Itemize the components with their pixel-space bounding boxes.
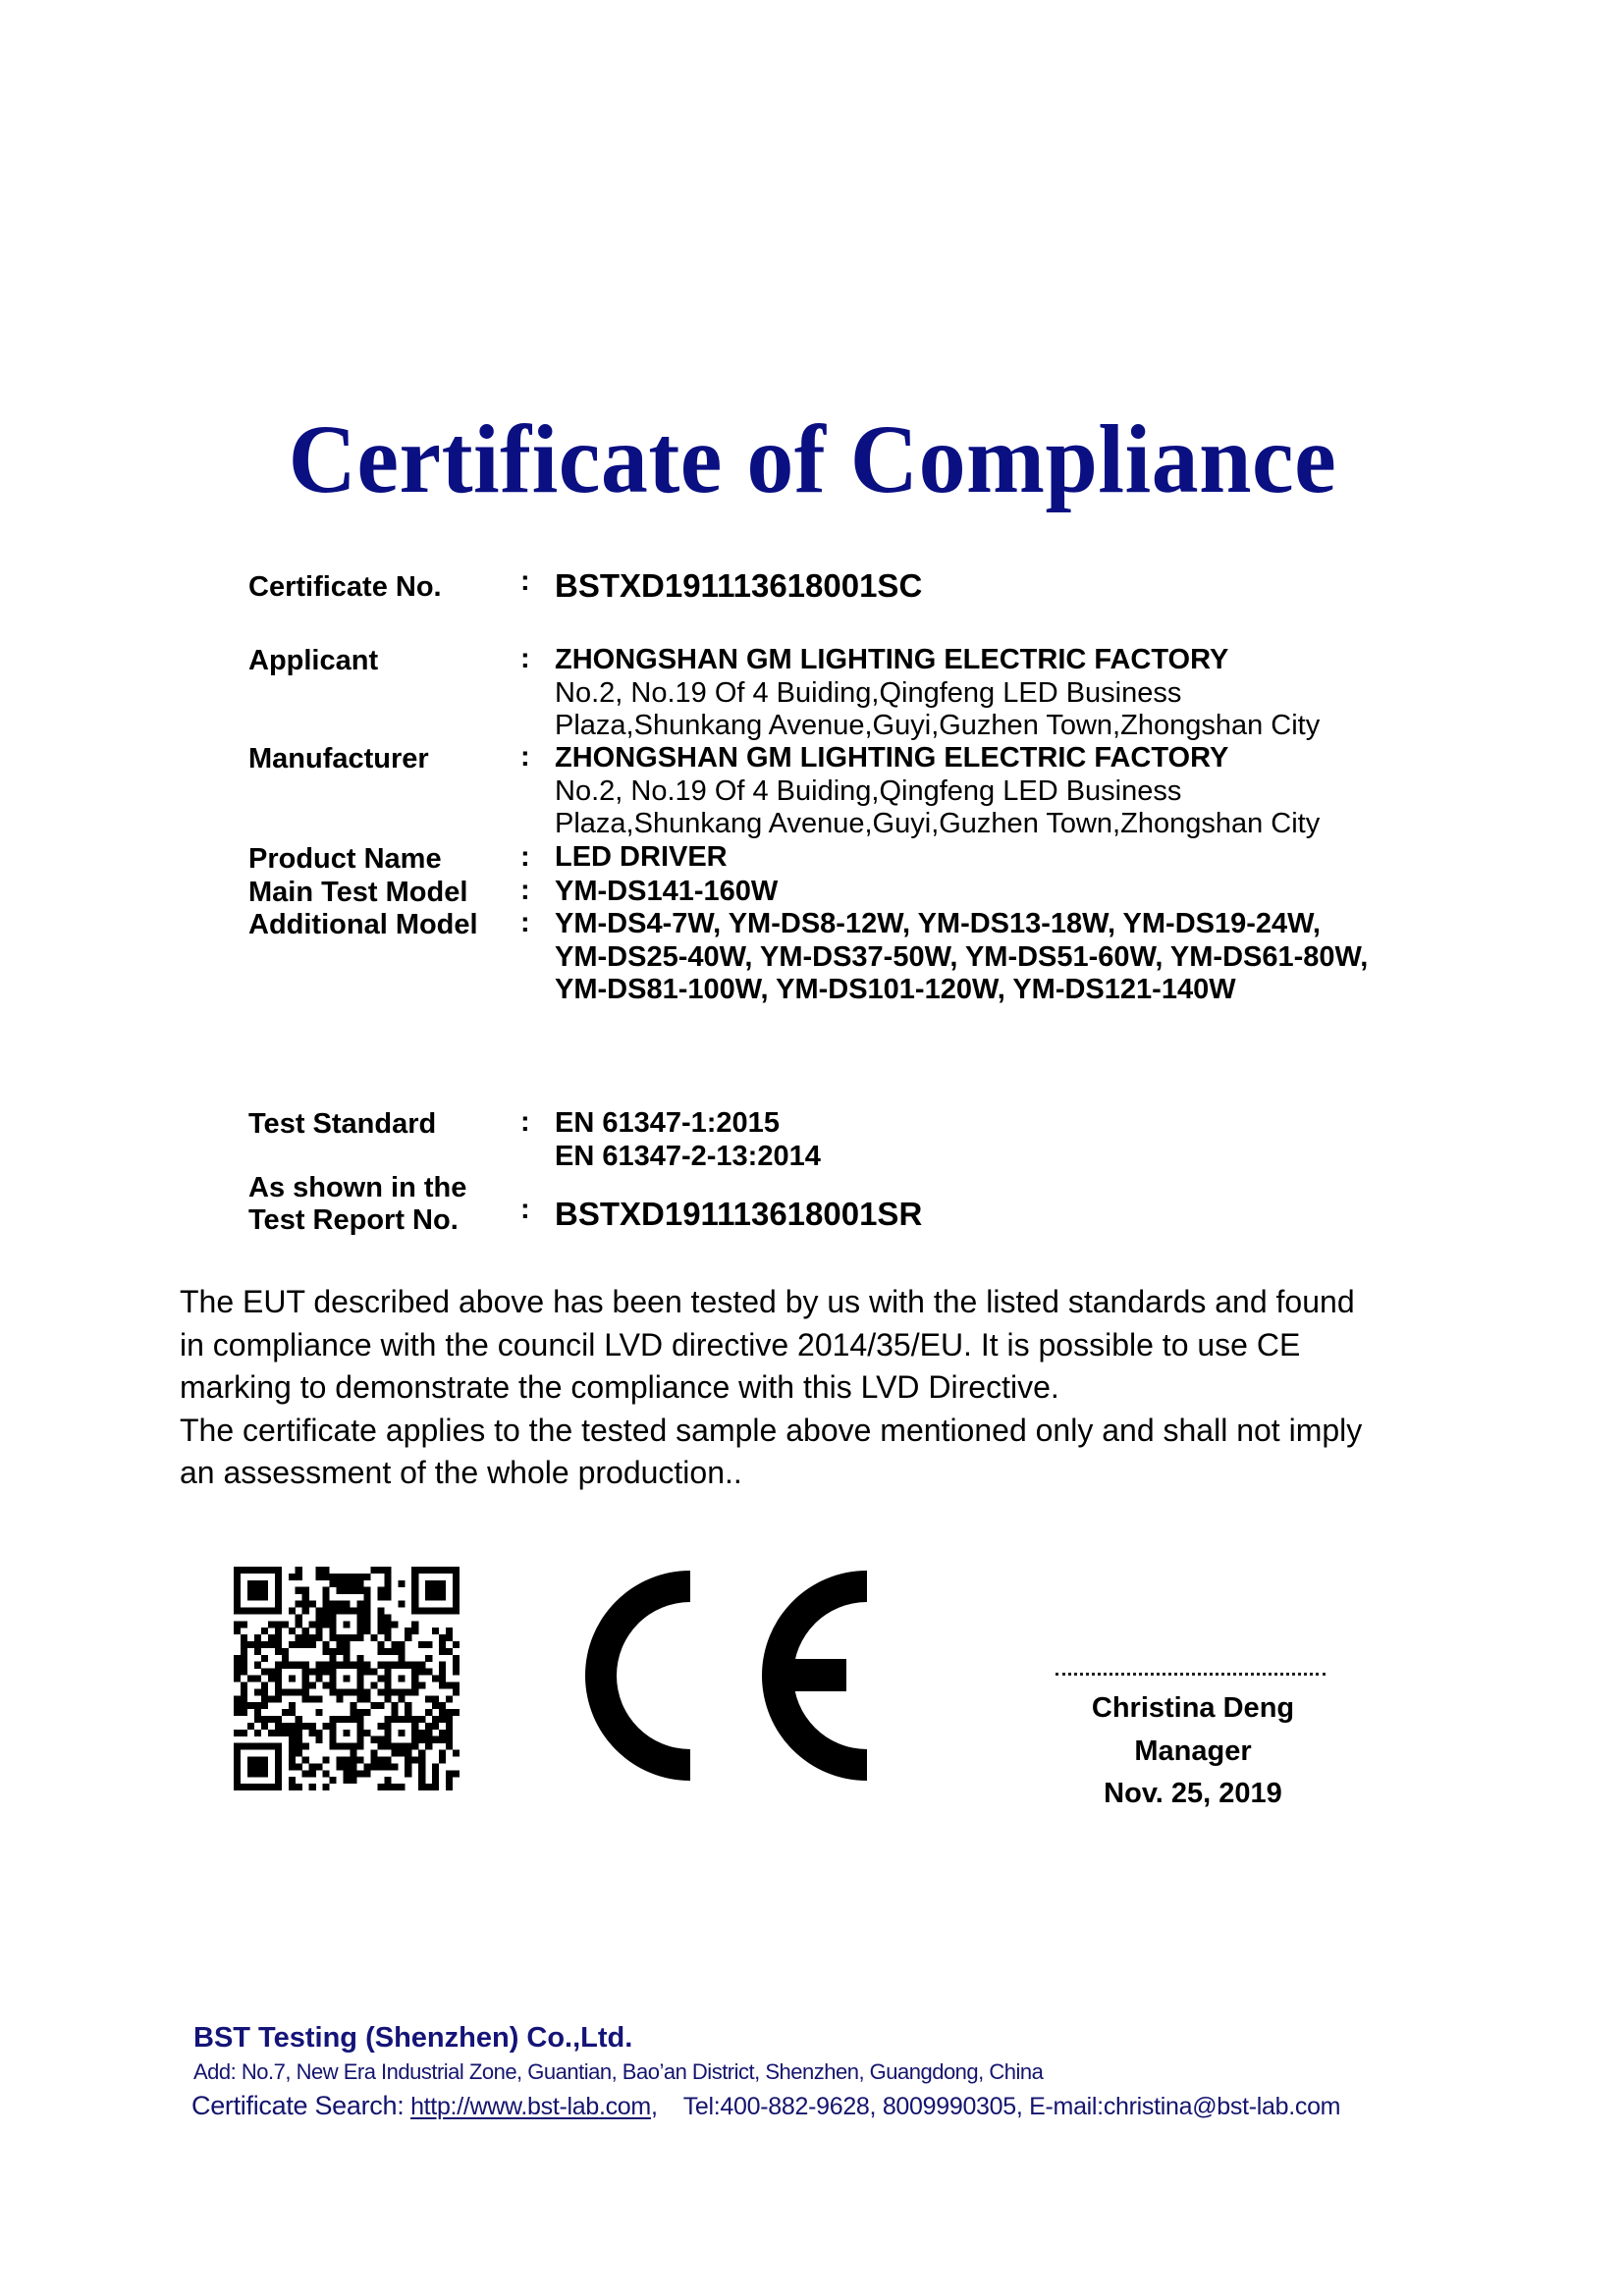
additional-model-line: YM-DS81-100W, YM-DS101-120W, YM-DS121-14… xyxy=(555,974,1368,1007)
test-report-label-line: Test Report No. xyxy=(248,1204,466,1237)
signatory-name: Christina Deng xyxy=(997,1687,1389,1731)
statement-line: marking to demonstrate the compliance wi… xyxy=(180,1366,1362,1410)
issuer-address: Add: No.7, New Era Industrial Zone, Guan… xyxy=(193,2059,1043,2085)
test-report-value: BSTXD191113618001SR xyxy=(555,1196,922,1233)
issuer-contact: Certificate Search: http://www.bst-lab.c… xyxy=(191,2091,1340,2121)
colon: : xyxy=(520,875,530,907)
signature-date: Nov. 25, 2019 xyxy=(997,1773,1389,1816)
signature-line xyxy=(1056,1673,1326,1676)
colon: : xyxy=(520,643,530,675)
statement-line: an assessment of the whole production.. xyxy=(180,1452,1362,1495)
certificate-search-label: Certificate Search: xyxy=(191,2091,404,2120)
colon: : xyxy=(520,741,530,774)
test-standard-value: EN 61347-2-13:2014 xyxy=(555,1141,821,1174)
colon: : xyxy=(520,1194,530,1226)
issuer-company: BST Testing (Shenzhen) Co.,Ltd. xyxy=(193,2020,632,2056)
manufacturer-label: Manufacturer xyxy=(248,743,429,775)
test-report-label-line: As shown in the xyxy=(248,1172,466,1204)
additional-model-line: YM-DS25-40W, YM-DS37-50W, YM-DS51-60W, Y… xyxy=(555,941,1368,975)
certificate-title: Certificate of Compliance xyxy=(32,400,1592,518)
statement-line: The EUT described above has been tested … xyxy=(180,1281,1362,1324)
signatory-title: Manager xyxy=(997,1731,1389,1774)
contact-info: , Tel:400-882-9628, 8009990305, E-mail:c… xyxy=(651,2093,1340,2120)
test-report-label: As shown in the Test Report No. xyxy=(248,1172,466,1237)
additional-model-label: Additional Model xyxy=(248,909,478,941)
qr-code-icon xyxy=(234,1567,460,1790)
certificate-no-value: BSTXD191113618001SC xyxy=(555,567,922,605)
product-name-value: LED DRIVER xyxy=(555,841,728,873)
additional-model-block: YM-DS4-7W, YM-DS8-12W, YM-DS13-18W, YM-D… xyxy=(555,908,1368,1007)
additional-model-line: YM-DS4-7W, YM-DS8-12W, YM-DS13-18W, YM-D… xyxy=(555,908,1368,941)
applicant-address-line: Plaza,Shunkang Avenue,Guyi,Guzhen Town,Z… xyxy=(555,710,1320,743)
applicant-address-line: No.2, No.19 Of 4 Buiding,Qingfeng LED Bu… xyxy=(555,677,1320,711)
website-link[interactable]: http://www.bst-lab.com xyxy=(410,2093,651,2120)
product-name-label: Product Name xyxy=(248,843,442,876)
certificate-no-label: Certificate No. xyxy=(248,571,442,604)
colon: : xyxy=(520,841,530,874)
colon: : xyxy=(520,907,530,939)
statement-line: in compliance with the council LVD direc… xyxy=(180,1324,1362,1367)
compliance-statement: The EUT described above has been tested … xyxy=(180,1281,1362,1495)
manufacturer-name: ZHONGSHAN GM LIGHTING ELECTRIC FACTORY xyxy=(555,742,1320,775)
test-standard-block: EN 61347-1:2015 EN 61347-2-13:2014 xyxy=(555,1107,821,1173)
manufacturer-address-line: Plaza,Shunkang Avenue,Guyi,Guzhen Town,Z… xyxy=(555,808,1320,841)
main-test-model-value: YM-DS141-160W xyxy=(555,876,778,907)
statement-line: The certificate applies to the tested sa… xyxy=(180,1410,1362,1453)
main-test-model-label: Main Test Model xyxy=(248,877,467,909)
colon: : xyxy=(520,565,530,598)
ce-mark-icon xyxy=(569,1569,874,1783)
applicant-label: Applicant xyxy=(248,645,378,677)
applicant-block: ZHONGSHAN GM LIGHTING ELECTRIC FACTORY N… xyxy=(555,644,1320,743)
test-standard-value: EN 61347-1:2015 xyxy=(555,1107,821,1141)
test-standard-label: Test Standard xyxy=(248,1108,436,1141)
signature-block: Christina Deng Manager Nov. 25, 2019 xyxy=(997,1687,1389,1816)
manufacturer-address-line: No.2, No.19 Of 4 Buiding,Qingfeng LED Bu… xyxy=(555,775,1320,809)
applicant-name: ZHONGSHAN GM LIGHTING ELECTRIC FACTORY xyxy=(555,644,1320,677)
colon: : xyxy=(520,1106,530,1139)
manufacturer-block: ZHONGSHAN GM LIGHTING ELECTRIC FACTORY N… xyxy=(555,742,1320,841)
